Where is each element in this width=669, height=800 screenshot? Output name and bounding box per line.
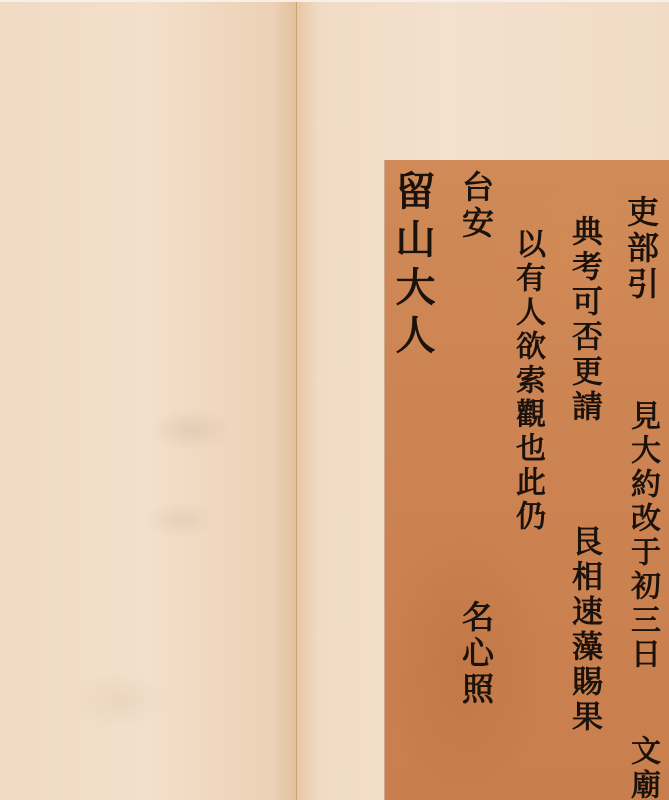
letter-column-1-opening: 吏部引 <box>625 195 657 303</box>
letter-column-1-body: 見大約改于初三日 <box>627 400 657 672</box>
letter-signature: 名心照 <box>460 600 492 708</box>
album-spread: 吏部引 見大約改于初三日 文廟 典考可否更請 艮相速藻賜果 以有人欲索觀也此仍 … <box>0 0 669 800</box>
top-edge <box>0 0 669 2</box>
letter-column-2: 典考可否更請 <box>568 215 599 425</box>
letter-column-2-continued: 艮相速藻賜果 <box>568 525 599 735</box>
album-page-left-blank <box>0 0 297 800</box>
letter-salutation: 台安 <box>460 170 492 242</box>
letter-column-1-elevated-term: 文廟 <box>627 735 657 800</box>
letter-column-3: 以有人欲索觀也此仍 <box>512 228 542 534</box>
letter-addressee: 留山大人 <box>392 170 432 362</box>
page-fold <box>296 0 297 800</box>
